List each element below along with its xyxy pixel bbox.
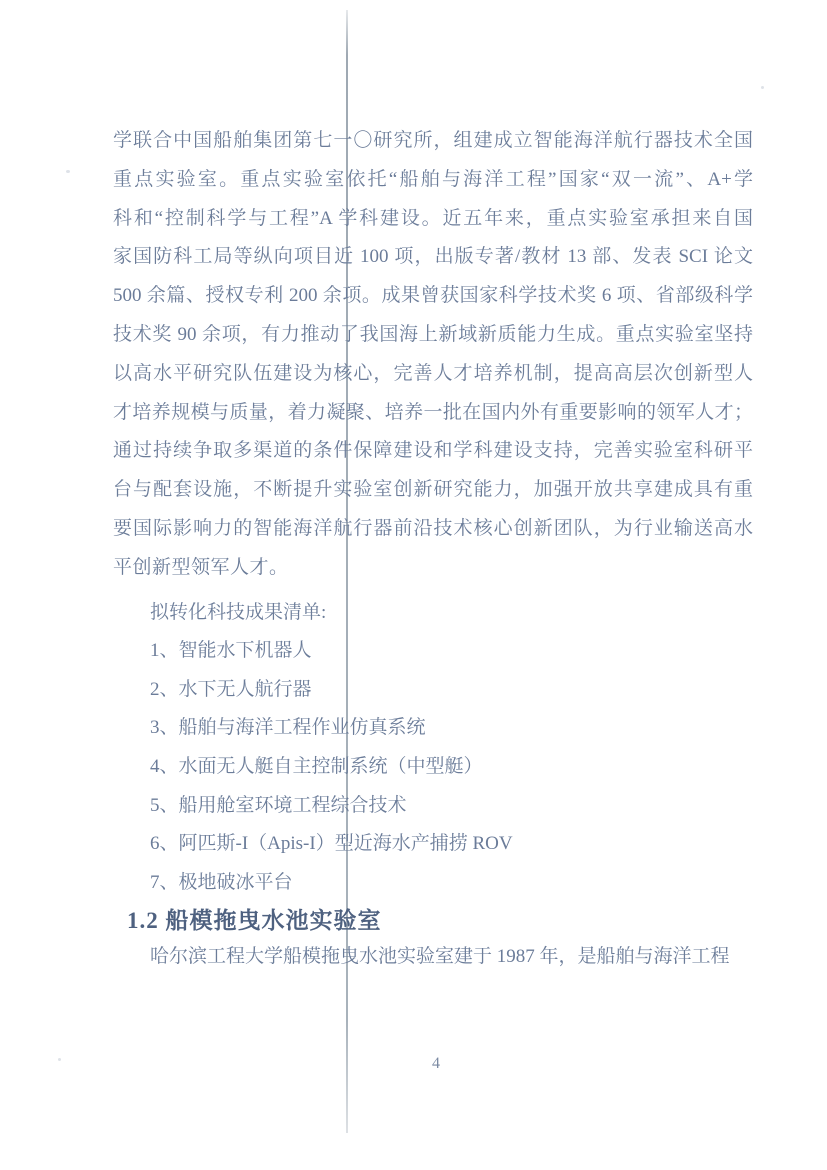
paragraph-line: 家国防科工局等纵向项目近 100 项，出版专著/教材 13 部、发表 SCI 论… [113, 238, 753, 277]
paragraph-line: 学联合中国船舶集团第七一〇研究所，组建成立智能海洋航行器技术全国 [113, 122, 753, 161]
paragraph-line: 科和“控制科学与工程”A 学科建设。近五年来，重点实验室承担来自国 [113, 200, 753, 239]
list-item: 5、船用舱室环境工程综合技术 [113, 787, 753, 826]
paragraph-line: 平创新型领军人才。 [113, 549, 753, 588]
list-item: 4、水面无人艇自主控制系统（中型艇） [113, 748, 753, 787]
paragraph-line: 500 余篇、授权专利 200 余项。成果曾获国家科学技术奖 6 项、省部级科学 [113, 277, 753, 316]
list-item: 7、极地破冰平台 [113, 864, 753, 903]
paragraph-line: 通过持续争取多渠道的条件保障建设和学科建设支持，完善实验室科研平 [113, 432, 753, 471]
list-item: 6、阿匹斯-I（Apis-I）型近海水产捕捞 ROV [113, 825, 753, 864]
section-heading: 1.2 船模拖曳水池实验室 [113, 904, 753, 938]
page-number: 4 [424, 1055, 448, 1073]
scan-speck [58, 1058, 61, 1061]
document-page: 学联合中国船舶集团第七一〇研究所，组建成立智能海洋航行器技术全国 重点实验室。重… [0, 0, 827, 1170]
paragraph-line: 要国际影响力的智能海洋航行器前沿技术核心创新团队，为行业输送高水 [113, 510, 753, 549]
paragraph-line: 以高水平研究队伍建设为核心，完善人才培养机制，提高高层次创新型人 [113, 355, 753, 394]
scan-speck [761, 86, 764, 89]
list-item: 3、船舶与海洋工程作业仿真系统 [113, 709, 753, 748]
paragraph-1: 学联合中国船舶集团第七一〇研究所，组建成立智能海洋航行器技术全国 重点实验室。重… [113, 122, 753, 588]
page-content: 学联合中国船舶集团第七一〇研究所，组建成立智能海洋航行器技术全国 重点实验室。重… [113, 122, 753, 977]
scan-speck [66, 170, 70, 173]
paragraph-line: 台与配套设施，不断提升实验室创新研究能力，加强开放共享建成具有重 [113, 471, 753, 510]
results-list: 1、智能水下机器人 2、水下无人航行器 3、船舶与海洋工程作业仿真系统 4、水面… [113, 632, 753, 902]
paragraph-line: 重点实验室。重点实验室依托“船舶与海洋工程”国家“双一流”、A+学 [113, 161, 753, 200]
list-item: 1、智能水下机器人 [113, 632, 753, 671]
paragraph-2: 哈尔滨工程大学船模拖曳水池实验室建于 1987 年，是船舶与海洋工程 [113, 938, 753, 977]
paragraph-line: 才培养规模与质量，着力凝聚、培养一批在国内外有重要影响的领军人才； [113, 394, 753, 433]
paragraph-line: 技术奖 90 余项，有力推动了我国海上新域新质能力生成。重点实验室坚持 [113, 316, 753, 355]
list-intro: 拟转化科技成果清单: [113, 594, 753, 633]
list-item: 2、水下无人航行器 [113, 671, 753, 710]
